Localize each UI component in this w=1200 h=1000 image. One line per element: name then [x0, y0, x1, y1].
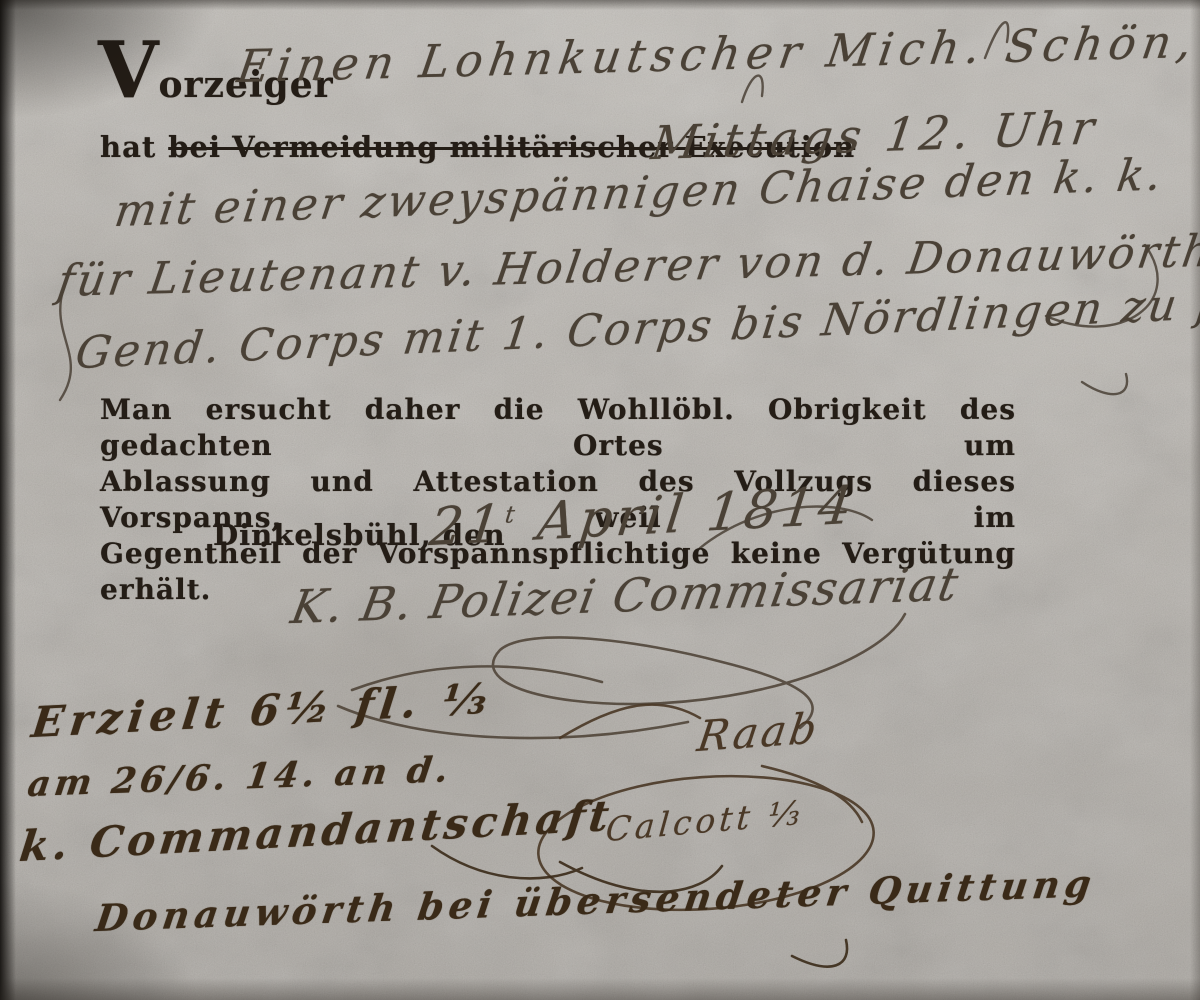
scan-edge-right: [1190, 0, 1200, 1000]
hat-word: hat: [100, 130, 156, 164]
scan-corner-shadow-topleft: [0, 0, 220, 120]
scan-corner-shadow-bottomleft: [0, 880, 200, 1000]
scanned-document-1814-vorspann: Vorzeiger hatbei Vermeidung militärische…: [0, 0, 1200, 1000]
scan-edge-left: [0, 0, 16, 1000]
date-day: 21: [426, 494, 507, 558]
clerk-signature-raab: Raab: [695, 703, 823, 761]
request-line-1: Man ersucht daher die Wohllöbl. Obrigkei…: [100, 392, 1016, 464]
